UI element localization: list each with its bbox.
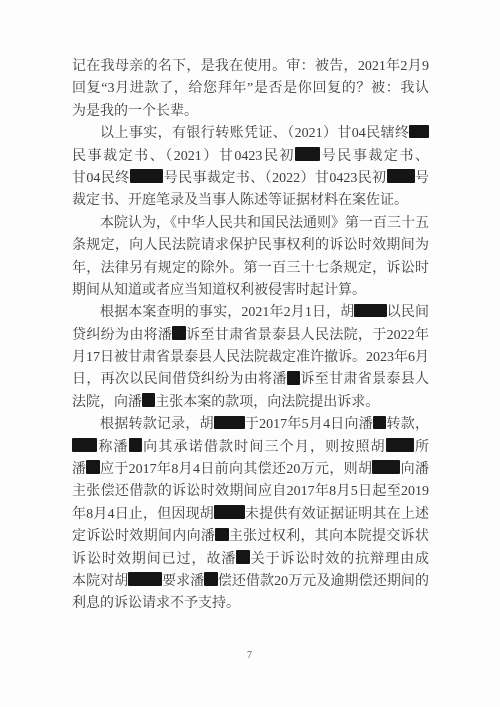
- redaction-box: [295, 147, 320, 161]
- text-line: 贷纠纷为由将潘诉至甘肃省景泰县人民法院，于2022年10: [72, 325, 429, 347]
- text-run: 于2017年5月4日向潘: [245, 417, 373, 432]
- redaction-box: [214, 416, 245, 430]
- text-run: 向潘: [400, 462, 429, 477]
- redaction-box: [129, 438, 142, 452]
- text-line: 年8月4日止，但因现胡未提供有效证据证明其在上述法: [72, 504, 429, 526]
- text-line: 法院，向潘主张本案的款项，向法院提出诉求。: [72, 392, 429, 414]
- text-line: 主张偿还借款的诉讼时效期间应自2017年8月5日起至2019: [72, 481, 429, 503]
- text-run: 以上事实，有银行转账凭证、（2021）甘04民辖终: [100, 126, 409, 141]
- text-run: 期间从知道或者应当知道权利被侵害时起计算。: [72, 283, 366, 298]
- redaction-box: [387, 169, 415, 183]
- text-line: 根据转款记录，胡于2017年5月4日向潘转款，胡: [72, 414, 429, 436]
- text-run: 诉讼时效期间已过，故潘: [72, 552, 236, 567]
- text-run: 年8月4日止，但因现胡: [72, 507, 214, 522]
- text-run: 为是我的一个长辈。: [72, 104, 198, 119]
- redaction-box: [215, 528, 228, 542]
- redaction-box: [386, 438, 414, 452]
- text-run: 主张本案的款项，向法院提出诉求。: [155, 395, 379, 410]
- redaction-box: [373, 416, 386, 430]
- text-run: 裁定书、开庭笔录及当事人陈述等证据材料在案佐证。: [72, 193, 408, 208]
- redaction-box: [287, 371, 300, 385]
- text-run: 日，再次以民间借贷纠纷为由将潘: [72, 372, 287, 387]
- text-run: 称潘: [97, 440, 129, 455]
- text-run: 偿还借款20万元及逾期偿还期间的: [218, 574, 429, 589]
- text-run: 要求潘: [162, 574, 204, 589]
- text-run: 记在我母亲的名下，是我在使用。审：被告，2021年2月9日: [72, 59, 429, 78]
- text-line: 称潘向其承诺借款时间三个月，则按照胡所述，: [72, 437, 429, 459]
- text-line: 利息的诉讼请求不予支持。: [72, 593, 429, 615]
- text-run: 根据本案查明的事实，2021年2月1日，胡: [100, 305, 354, 320]
- text-line: 回复“3月进款了，给您拜年”是否是你回复的？被：我认: [72, 78, 429, 100]
- text-line: 日，再次以民间借贷纠纷为由将潘诉至甘肃省景泰县人民: [72, 369, 429, 391]
- text-run: 法院，向潘: [72, 395, 142, 410]
- text-line: 记在我母亲的名下，是我在使用。审：被告，2021年2月9日: [72, 56, 429, 78]
- redaction-box: [72, 438, 97, 452]
- text-run: 回复“3月进款了，给您拜年”是否是你回复的？被：我认: [72, 81, 429, 96]
- text-run: 甘04民终: [72, 171, 130, 186]
- text-line: 潘应于2017年8月4日前向其偿还20万元，则胡向潘: [72, 459, 429, 481]
- text-run: 利息的诉讼请求不予支持。: [72, 596, 240, 611]
- text-line: 民事裁定书、（2021）甘0423民初号民事裁定书、（2021）: [72, 146, 429, 168]
- redaction-box: [204, 572, 217, 586]
- redaction-box: [372, 460, 400, 474]
- redaction-box: [214, 505, 245, 519]
- text-run: 本院对胡: [72, 574, 128, 589]
- text-run: 定诉讼时效期间内向潘: [72, 529, 215, 544]
- text-line: 条规定，向人民法院请求保护民事权利的诉讼时效期间为二: [72, 235, 429, 257]
- text-line: 裁定书、开庭笔录及当事人陈述等证据材料在案佐证。: [72, 190, 429, 212]
- document-body: 记在我母亲的名下，是我在使用。审：被告，2021年2月9日回复“3月进款了，给您…: [72, 56, 429, 616]
- text-run: 根据转款记录，胡: [100, 417, 214, 432]
- judgment-page: 记在我母亲的名下，是我在使用。审：被告，2021年2月9日回复“3月进款了，给您…: [0, 0, 500, 707]
- text-line: 本院对胡要求潘偿还借款20万元及逾期偿还期间的: [72, 571, 429, 593]
- page-number: 7: [0, 650, 500, 661]
- redaction-box: [130, 169, 164, 183]
- redaction-box: [409, 125, 429, 139]
- text-line: 根据本案查明的事实，2021年2月1日，胡以民间借: [72, 302, 429, 324]
- redaction-box: [172, 326, 185, 340]
- text-line: 诉讼时效期间已过，故潘关于诉讼时效的抗辩理由成立，: [72, 549, 429, 571]
- redaction-box: [142, 393, 155, 407]
- text-line: 为是我的一个长辈。: [72, 101, 429, 123]
- text-run: 贷纠纷为由将潘: [72, 328, 172, 343]
- text-run: 主张偿还借款的诉讼时效期间应自2017年8月5日起至2019: [72, 484, 429, 499]
- text-line: 定诉讼时效期间内向潘主张过权利，其向本院提交诉状时: [72, 526, 429, 548]
- redaction-box: [354, 304, 386, 318]
- text-run: 向其承诺借款时间三个月，则按照胡: [142, 440, 386, 455]
- text-run: 潘: [72, 462, 86, 477]
- redaction-box: [236, 550, 249, 564]
- text-run: 条规定，向人民法院请求保护民事权利的诉讼时效期间为二: [72, 238, 429, 257]
- redaction-box: [128, 572, 162, 586]
- text-run: 月17日被甘肃省景泰县人民法院裁定准许撤诉。2023年6月9: [72, 350, 429, 369]
- text-run: 民事裁定书、（2021）甘0423民初: [72, 149, 295, 164]
- text-line: 本院认为，《中华人民共和国民法通则》第一百三十五: [72, 213, 429, 235]
- text-line: 月17日被甘肃省景泰县人民法院裁定准许撤诉。2023年6月9: [72, 347, 429, 369]
- redaction-box: [86, 460, 99, 474]
- text-run: 本院认为，《中华人民共和国民法通则》第一百三十五: [100, 216, 429, 231]
- text-run: 应于2017年8月4日前向其偿还20万元，则胡: [100, 462, 373, 477]
- text-line: 甘04民终号民事裁定书、（2022）甘0423民初号民事: [72, 168, 429, 190]
- text-line: 期间从知道或者应当知道权利被侵害时起计算。: [72, 280, 429, 302]
- text-line: 年，法律另有规定的除外。第一百三十七条规定，诉讼时效: [72, 258, 429, 280]
- text-line: 以上事实，有银行转账凭证、（2021）甘04民辖终号: [72, 123, 429, 145]
- text-run: 号民事裁定书、（2022）甘0423民初: [163, 171, 386, 186]
- text-run: 年，法律另有规定的除外。第一百三十七条规定，诉讼时效: [72, 261, 429, 280]
